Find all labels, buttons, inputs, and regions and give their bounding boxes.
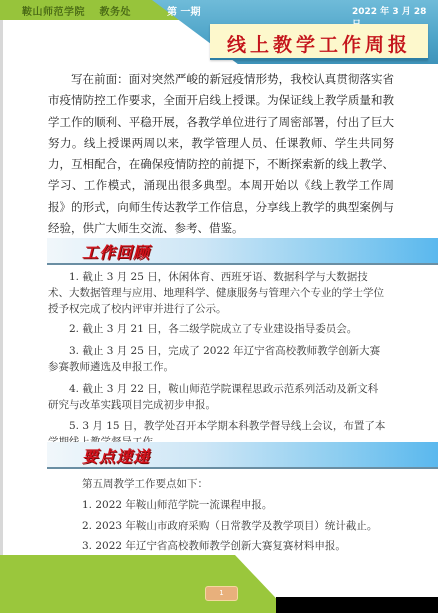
section-lead: 第五周教学工作要点如下： [82, 476, 402, 492]
list-item: 2. 截止 3 月 21 日，各二级学院成立了专业建设指导委员会。 [48, 321, 388, 337]
list-item: 2. 2023 年鞍山市政府采购（日常教学及教学项目）统计截止。 [82, 518, 402, 534]
list-item: 3. 2022 年辽宁省高校教师教学创新大赛复赛材料申报。 [82, 538, 402, 554]
list-item: 4. 截止 3 月 22 日，鞍山师范学院课程思政示范系列活动及新文科研究与改革… [48, 381, 388, 413]
list-item: 1. 2022 年鞍山师范学院一流课程申报。 [82, 497, 402, 513]
school-name: 鞍山师范学院 教务处 [22, 3, 131, 18]
section-header-highlights: 要点速递 [47, 442, 438, 469]
intro-paragraph: 写在前面：面对突然严峻的新冠疫情形势，我校认真贯彻落实省市疫情防控工作要求，全面… [48, 69, 394, 239]
page-left-edge [0, 0, 3, 613]
section-title: 工作回顾 [82, 240, 150, 263]
header-banner: 鞍山师范学院 教务处 第 一期 2022 年 3 月 28 日 线上教学工作周报 [0, 0, 438, 64]
footer-green-band [0, 555, 290, 613]
footer-black-band [276, 597, 438, 613]
page-title: 线上教学工作周报 [210, 30, 428, 57]
issue-number: 第 一期 [167, 3, 200, 18]
section-title: 要点速递 [82, 444, 150, 467]
page-number: 1 [205, 586, 238, 601]
list-item: 3. 截止 3 月 25 日，完成了 2022 年辽宁省高校教师教学创新大赛参赛… [48, 343, 388, 375]
list-item: 1. 截止 3 月 25 日，休闲体育、西班牙语、数据科学与大数据技术、大数据管… [48, 269, 388, 317]
section-header-review: 工作回顾 [47, 238, 438, 265]
title-box: 线上教学工作周报 [210, 24, 428, 60]
